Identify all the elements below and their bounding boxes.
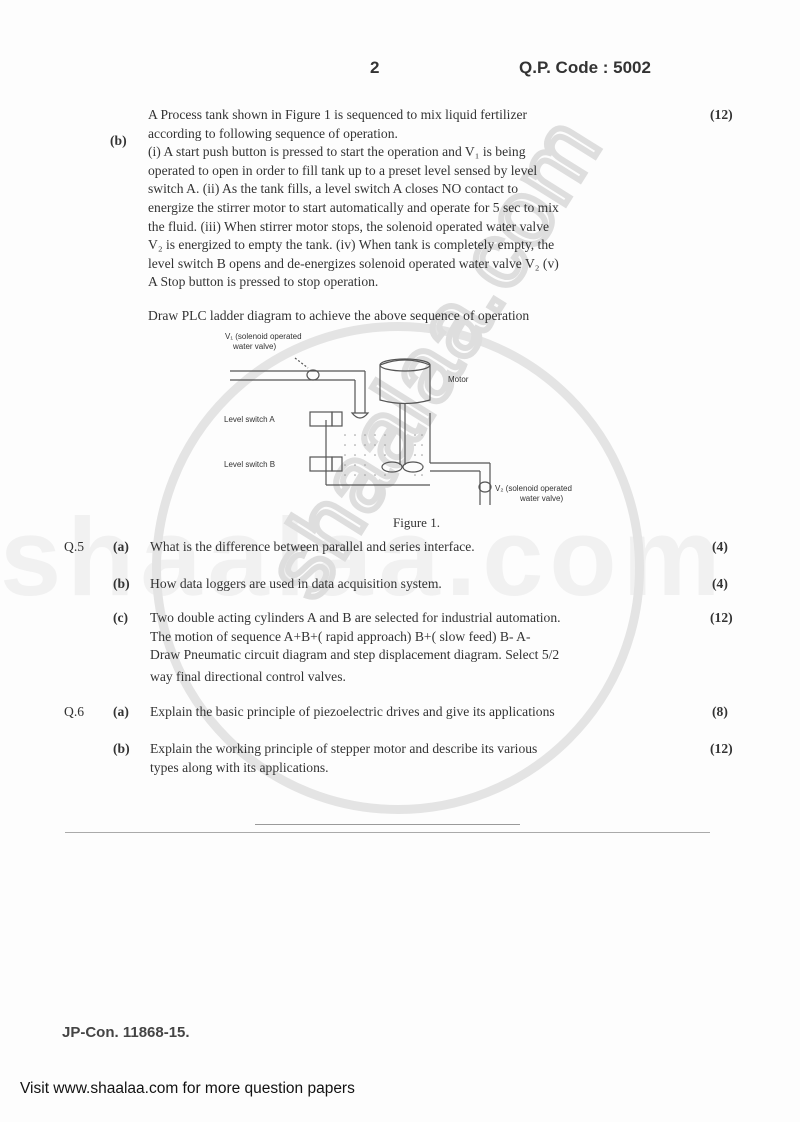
q4b-marks: (12) [710, 107, 733, 123]
footer-code: JP-Con. 11868-15. [62, 1024, 190, 1041]
q5b-marks: (4) [712, 576, 728, 592]
q6a-label: (a) [113, 704, 129, 720]
q5c-line: Two double acting cylinders A and B are … [150, 609, 695, 628]
exam-page: shaalaa.com shaalaa.com 2 Q.P. Code : 50… [0, 0, 800, 1122]
q6a-text: Explain the basic principle of piezoelec… [150, 703, 555, 722]
q5a-label: (a) [113, 539, 129, 555]
q4b-instruction: Draw PLC ladder diagram to achieve the a… [148, 307, 529, 326]
motor-label: Motor [448, 375, 469, 384]
q4b-line: V₂ is energized to empty the tank. (iv) … [148, 236, 698, 255]
q5a-text: What is the difference between parallel … [150, 538, 475, 557]
level-switch-a-label: Level switch A [224, 415, 275, 424]
q4b-line: A Stop button is pressed to stop operati… [148, 273, 698, 292]
end-long-rule [65, 832, 710, 833]
q6b-marks: (12) [710, 741, 733, 757]
q4b-label: (b) [110, 133, 127, 149]
q5b-label: (b) [113, 576, 130, 592]
v1-label-2: water valve) [232, 342, 276, 351]
q5c-line: way final directional control valves. [150, 668, 695, 687]
q5c-marks: (12) [710, 610, 733, 626]
q5-number: Q.5 [64, 539, 84, 555]
q5c-line: The motion of sequence A+B+( rapid appro… [150, 628, 695, 647]
q6b-label: (b) [113, 741, 130, 757]
q6b-text: Explain the working principle of stepper… [150, 740, 537, 777]
q5c-line: Draw Pneumatic circuit diagram and step … [150, 646, 695, 665]
q4b-text: A Process tank shown in Figure 1 is sequ… [148, 106, 698, 292]
v2-label: V₂ (solenoid operated [495, 484, 572, 493]
figure-caption: Figure 1. [393, 515, 440, 531]
q4b-line: operated to open in order to fill tank u… [148, 162, 698, 181]
q5a-marks: (4) [712, 539, 728, 555]
q5b-text: How data loggers are used in data acquis… [150, 575, 442, 594]
v2-label-2: water valve) [519, 494, 563, 503]
q6b-line: types along with its applications. [150, 759, 537, 778]
end-short-rule [255, 824, 520, 825]
q5c-label: (c) [113, 610, 128, 626]
q4b-line: according to following sequence of opera… [148, 125, 698, 144]
q6a-marks: (8) [712, 704, 728, 720]
q5c-text: Two double acting cylinders A and B are … [150, 609, 695, 686]
q4b-line: A Process tank shown in Figure 1 is sequ… [148, 106, 698, 125]
level-switch-b-label: Level switch B [224, 460, 275, 469]
v1-label: V₁ (solenoid operated [225, 332, 302, 341]
q6-number: Q.6 [64, 704, 84, 720]
process-tank-figure: V₁ (solenoid operated water valve) Motor… [200, 325, 650, 525]
q4b-line: energize the stirrer motor to start auto… [148, 199, 698, 218]
qp-code: Q.P. Code : 5002 [519, 58, 651, 78]
page-number: 2 [370, 58, 379, 78]
footer-visit-link[interactable]: Visit www.shaalaa.com for more question … [20, 1080, 355, 1098]
q4b-line: the fluid. (iii) When stirrer motor stop… [148, 218, 698, 237]
q4b-line: (i) A start push button is pressed to st… [148, 143, 698, 162]
q4b-line: switch A. (ii) As the tank fills, a leve… [148, 180, 698, 199]
q4b-line: level switch B opens and de-energizes so… [148, 255, 698, 274]
q6b-line: Explain the working principle of stepper… [150, 740, 537, 759]
